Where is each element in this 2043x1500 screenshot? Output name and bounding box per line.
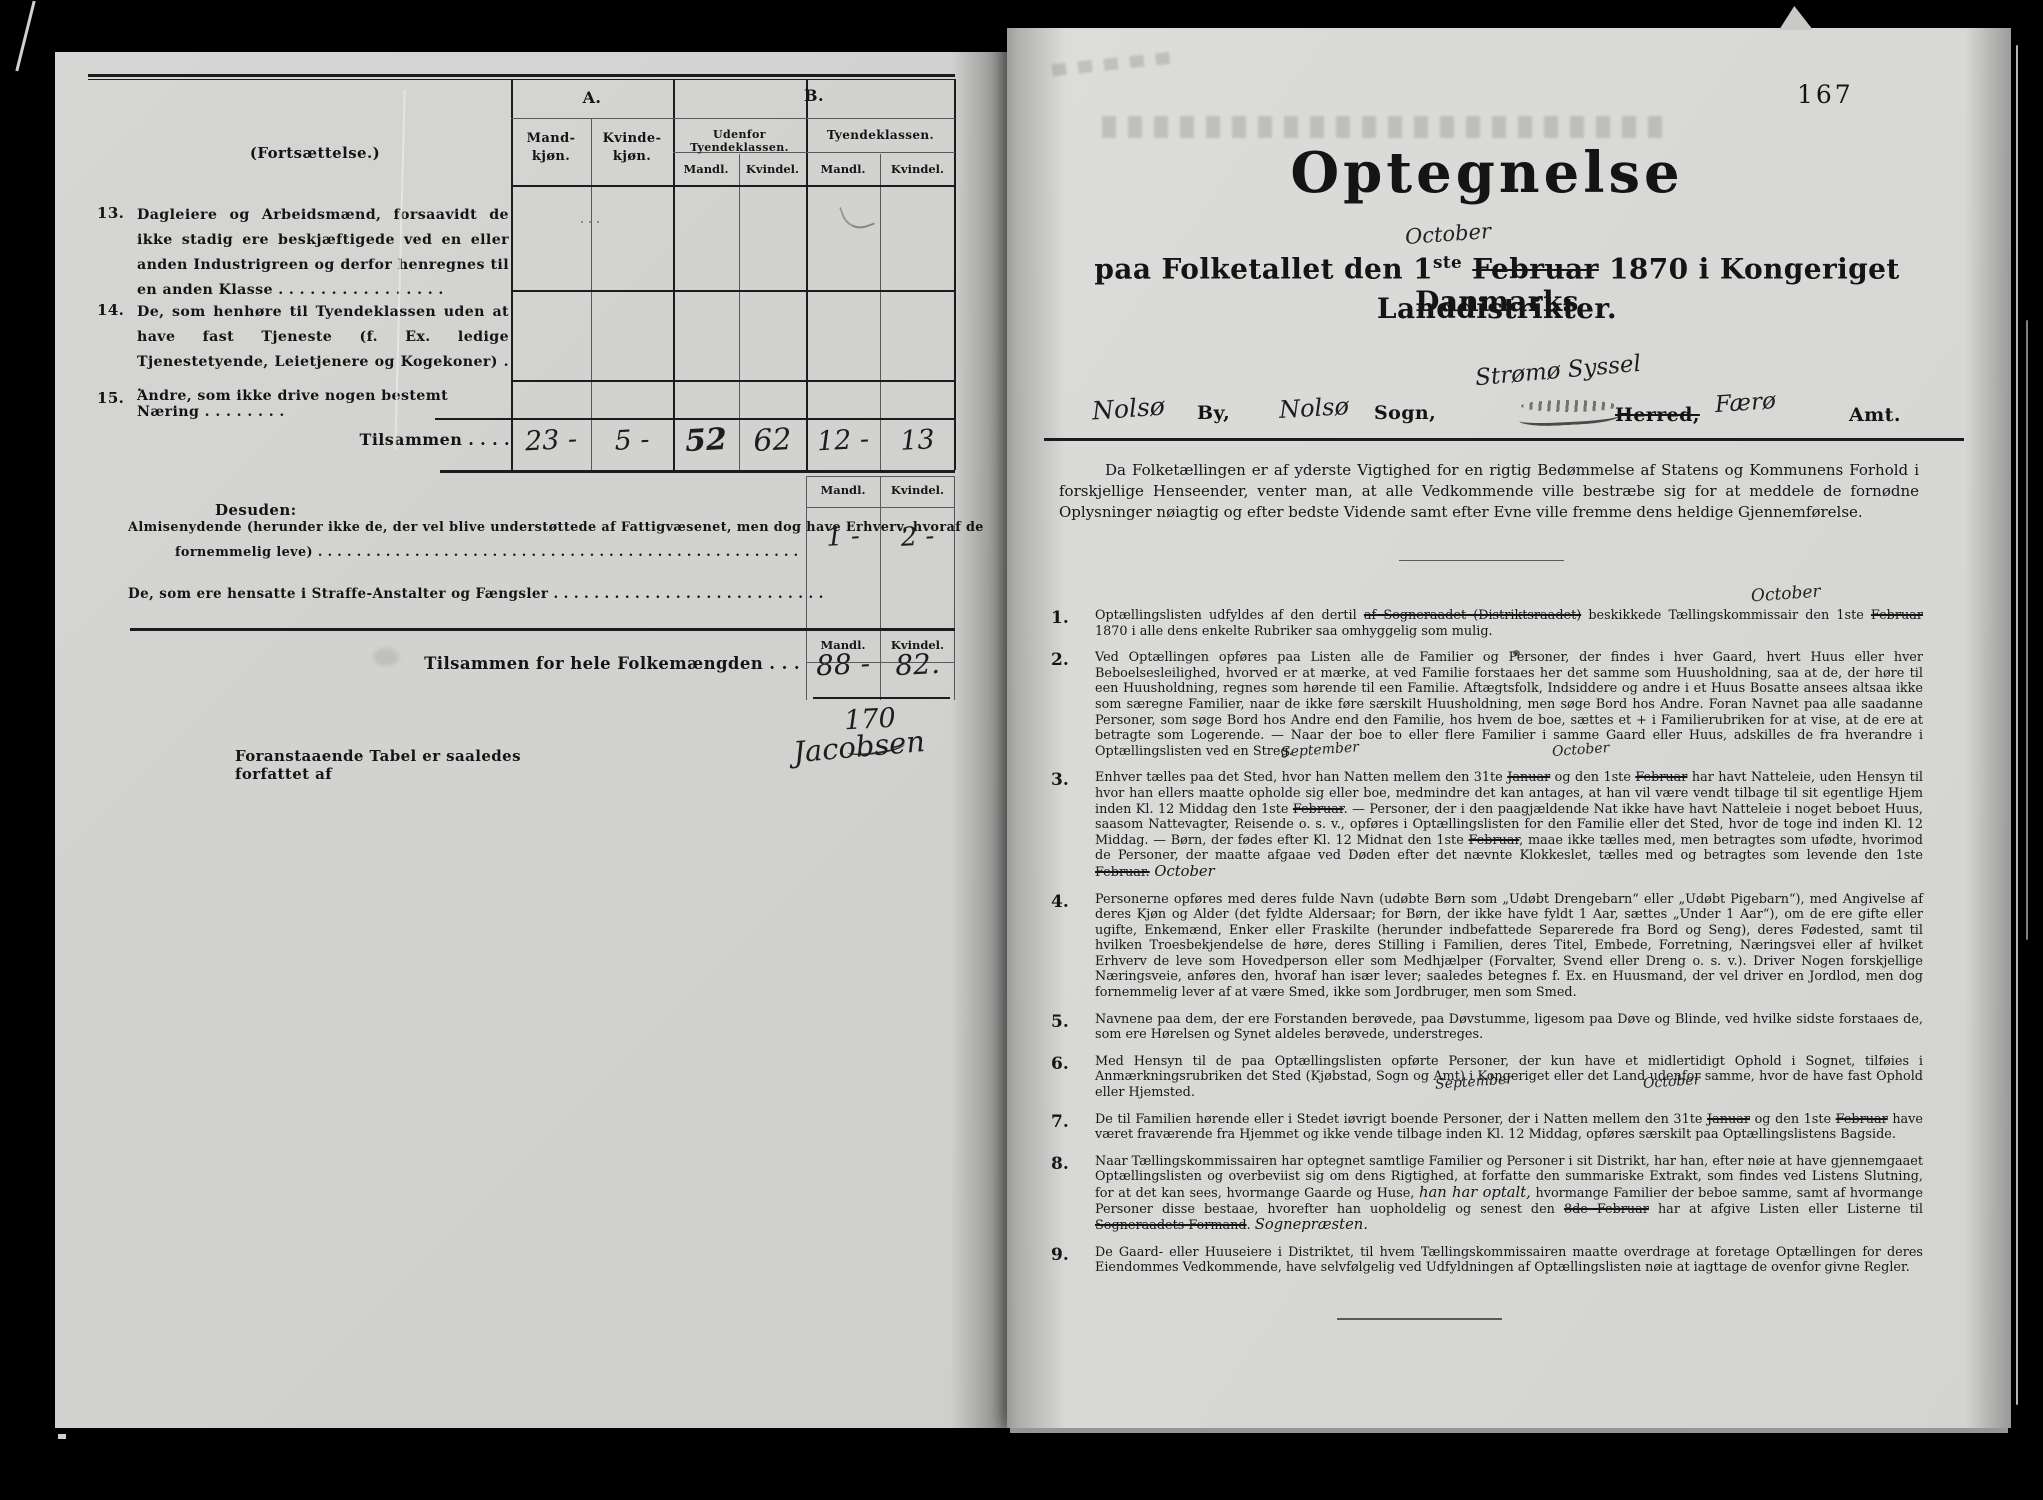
document-title: Optegnelse: [1187, 140, 1787, 206]
tilsammen-value-tyende-mandl: 12 -: [805, 423, 881, 458]
document-subtitle-line2: Landdistrikter.: [1047, 292, 1947, 325]
sogn-label: Sogn,: [1374, 402, 1436, 424]
tilsammen-value-udenfor-kvindel: 62: [738, 421, 807, 459]
bottom-page-sliver: [1010, 1428, 2008, 1433]
left-border: [0, 0, 55, 1500]
column-mand: Mand-kjøn.: [511, 130, 591, 166]
top-border: [0, 0, 2043, 28]
desuden-kvindel-header: Kvindel.: [880, 483, 955, 497]
bottom-left-speck: [58, 1434, 66, 1439]
bleed-through-text: [1102, 116, 1662, 138]
instruction-item-5: 5. Navnene paa dem, der ere Forstanden b…: [1051, 1012, 1923, 1043]
instruction-text: Optællingslisten udfyldes af den dertil …: [1095, 608, 1923, 639]
handwritten-october-item1: October: [1750, 582, 1821, 607]
almisenydende-value-mandl: 1 -: [805, 520, 880, 554]
struck-handwriting-squiggle: [1521, 400, 1617, 412]
column-group-tyende: Tyendeklassen.: [806, 128, 955, 142]
row-14-text: De, som henhøre til Tyendeklassen uden a…: [137, 300, 509, 400]
subcolumn-mandl-2: Mandl.: [806, 162, 880, 176]
amt-label: Amt.: [1849, 404, 1901, 426]
column-group-udenfor: Udenfor Tyendeklassen.: [673, 128, 806, 154]
by-label: By,: [1197, 402, 1230, 424]
tilsammen-value-kvinde: 5 -: [590, 423, 674, 458]
instruction-item-4: 4. Personerne opføres med deres fulde Na…: [1051, 892, 1923, 1001]
almisenydende-line2: fornemmelig leve) . . . . . . . . . . . …: [175, 545, 820, 560]
page-stack-edge-2: [2026, 320, 2028, 940]
page-stack-edge: [2016, 45, 2018, 1405]
column-kvinde: Kvinde-kjøn.: [591, 130, 673, 166]
instruction-item-8: 8. Naar Tællingskommissairen har optegne…: [1051, 1154, 1923, 1234]
row-15-number: 15.: [97, 389, 124, 407]
instruction-text: Personerne opføres med deres fulde Navn …: [1095, 892, 1923, 1001]
bottom-border: [0, 1428, 2043, 1500]
tilsammen-label: Tilsammen . . . .: [310, 430, 510, 449]
almisenydende-line1: Almisenydende (herunder ikke de, der vel…: [128, 520, 818, 535]
instruction-item-7: 7. De til Familien hørende eller i Stede…: [1051, 1112, 1923, 1143]
attestation-signature: Jacobsen: [792, 721, 964, 770]
intro-paragraph: Da Folketællingen er af yderste Vigtighe…: [1059, 460, 1919, 523]
instruction-text: Enhver tælles paa det Sted, hvor han Nat…: [1095, 770, 1923, 880]
desuden-mandl-header: Mandl.: [806, 483, 880, 497]
subcolumn-kvindel-1: Kvindel.: [739, 162, 806, 176]
instruction-item-2: 2. Ved Optællingen opføres paa Listen al…: [1051, 650, 1923, 759]
instruction-text: De til Familien hørende eller i Stedet i…: [1095, 1112, 1923, 1143]
tilsammen-value-tyende-kvindel: 13: [879, 423, 956, 458]
desuden-label: Desuden:: [215, 501, 297, 519]
grand-total-label: Tilsammen for hele Folkemængden . . .: [415, 654, 800, 673]
grand-total-kvindel: 82.: [879, 646, 956, 683]
left-page: (Fortsættelse.) A. B. Mand-kjøn. Kvinde-…: [55, 52, 1007, 1428]
top-border-left: [0, 28, 1007, 52]
instruction-text: Naar Tællingskommissairen har optegnet s…: [1095, 1154, 1923, 1234]
closing-rule: [1337, 1318, 1502, 1320]
gutter-shadow: [950, 28, 1066, 1428]
instruction-text: De Gaard- eller Huuseiere i Distriktet, …: [1095, 1245, 1923, 1276]
page-number: 167: [1797, 80, 1854, 109]
header-rule: [1044, 438, 1964, 441]
section-rule: [1399, 560, 1564, 561]
continuation-label: (Fortsættelse.): [175, 144, 455, 162]
amt-value-handwritten: Færø: [1714, 388, 1777, 418]
attestation-text: Foranstaaende Tabel er saaledes forfatte…: [235, 747, 595, 783]
instruction-text: Med Hensyn til de paa Optællingslisten o…: [1095, 1054, 1923, 1101]
subcolumn-mandl-1: Mandl.: [673, 162, 739, 176]
tilsammen-value-mand: 23 -: [510, 423, 592, 458]
row-14-number: 14.: [97, 301, 124, 319]
scanned-census-document: (Fortsættelse.) A. B. Mand-kjøn. Kvinde-…: [0, 0, 2043, 1500]
right-page: 167 Optegnelse October paa Folketallet d…: [1007, 28, 2011, 1428]
handwritten-october-title: October: [1404, 219, 1491, 249]
herred-label-struck: Herred,: [1615, 404, 1700, 426]
paper-speck: [1513, 650, 1520, 656]
grand-total-mandl: 88 -: [805, 646, 881, 683]
bleed-through-marks: [1052, 52, 1173, 76]
row-15-text: Andre, som ikke drive nogen bestemt Næri…: [137, 388, 509, 420]
instructions-list: 1. Optællingslisten udfyldes af den dert…: [1051, 608, 1923, 1287]
instruction-item-9: 9. De Gaard- eller Huuseiere i Distrikte…: [1051, 1245, 1923, 1276]
syssel-value-handwritten: Strømø Syssel: [1474, 351, 1642, 391]
page-edge-shading: [1965, 28, 2011, 1428]
column-group-a: A.: [511, 88, 673, 107]
sogn-value-handwritten: Nolsø: [1278, 392, 1349, 424]
instruction-item-6: 6. Med Hensyn til de paa Optællingsliste…: [1051, 1054, 1923, 1101]
paper-smudge: [373, 648, 399, 666]
row-13-number: 13.: [97, 204, 124, 222]
instruction-text: Navnene paa dem, der ere Forstanden berø…: [1095, 1012, 1923, 1043]
instruction-item-1: 1. Optællingslisten udfyldes af den dert…: [1051, 608, 1923, 639]
tilsammen-value-udenfor-mandl: 52: [672, 421, 740, 459]
by-value-handwritten: Nolsø: [1091, 391, 1166, 425]
stray-pencil-mark: [839, 198, 875, 234]
column-group-b: B.: [673, 86, 955, 105]
subcolumn-kvindel-2: Kvindel.: [880, 162, 955, 176]
straffe-line: De, som ere hensatte i Straffe-Anstalter…: [128, 586, 828, 602]
almisenydende-value-kvindel: 2 -: [879, 520, 955, 554]
instruction-text: Ved Optællingen opføres paa Listen alle …: [1095, 650, 1923, 759]
stray-mark: [578, 220, 602, 224]
row-13-text: Dagleiere og Arbeidsmænd, forsaavidt de …: [137, 203, 509, 303]
instruction-item-3: 3. Enhver tælles paa det Sted, hvor han …: [1051, 770, 1923, 880]
